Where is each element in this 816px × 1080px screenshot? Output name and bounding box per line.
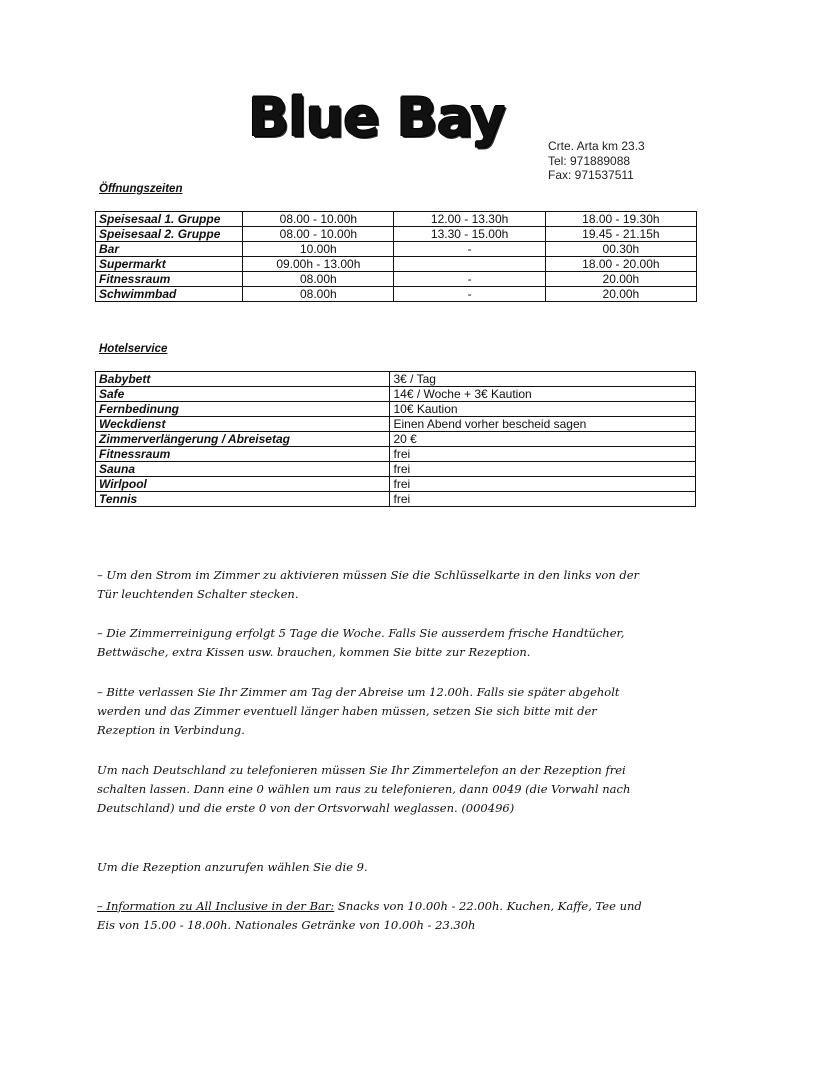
hours-label: Bar (96, 242, 243, 257)
hours-label: Schwimmbad (96, 287, 243, 302)
hours-morning: 08.00h (243, 287, 394, 302)
all-inclusive-heading: – Information zu All Inclusive in der Ba… (97, 899, 334, 913)
hours-midday: 12.00 - 13.30h (394, 212, 545, 227)
contact-fax: Fax: 971537511 (548, 168, 645, 183)
service-row: Safe14€ / Woche + 3€ Kaution (96, 387, 696, 402)
note-phone-germany: Um nach Deutschland zu telefonieren müss… (97, 761, 642, 818)
service-row: WeckdienstEinen Abend vorher bescheid sa… (96, 417, 696, 432)
service-row: Zimmerverlängerung / Abreisetag20 € (96, 432, 696, 447)
service-value: 14€ / Woche + 3€ Kaution (390, 387, 696, 402)
note-checkout: – Bitte verlassen Sie Ihr Zimmer am Tag … (97, 683, 642, 740)
service-row: Saunafrei (96, 462, 696, 477)
note-cleaning: – Die Zimmerreinigung erfolgt 5 Tage die… (97, 624, 642, 662)
hours-evening: 00.30h (545, 242, 696, 257)
opening-hours-title: Öffnungszeiten (99, 183, 182, 195)
service-label: Fernbedinung (96, 402, 390, 417)
service-value: 3€ / Tag (390, 372, 696, 387)
hours-row: Fitnessraum08.00h-20.00h (96, 272, 697, 287)
service-value: frei (390, 462, 696, 477)
hours-midday: - (394, 272, 545, 287)
hours-row: Schwimmbad08.00h-20.00h (96, 287, 697, 302)
contact-block: Crte. Arta km 23.3 Tel: 971889088 Fax: 9… (548, 139, 645, 183)
note-reception-dial: Um die Rezeption anzurufen wählen Sie di… (97, 858, 642, 877)
hours-row: Bar10.00h-00.30h (96, 242, 697, 257)
service-label: Tennis (96, 492, 390, 507)
service-label: Safe (96, 387, 390, 402)
hours-midday: - (394, 242, 545, 257)
service-value: 10€ Kaution (390, 402, 696, 417)
service-value: frei (390, 492, 696, 507)
note-all-inclusive: – Information zu All Inclusive in der Ba… (97, 897, 642, 935)
hotel-service-table: Babybett3€ / TagSafe14€ / Woche + 3€ Kau… (95, 371, 696, 507)
service-value: frei (390, 447, 696, 462)
logo: Blue Bay (248, 86, 505, 149)
service-label: Babybett (96, 372, 390, 387)
hours-morning: 08.00 - 10.00h (243, 227, 394, 242)
opening-hours-table: Speisesaal 1. Gruppe08.00 - 10.00h12.00 … (95, 211, 697, 302)
service-value: frei (390, 477, 696, 492)
hours-morning: 09.00h - 13.00h (243, 257, 394, 272)
hours-morning: 08.00 - 10.00h (243, 212, 394, 227)
hours-evening: 20.00h (545, 287, 696, 302)
contact-address: Crte. Arta km 23.3 (548, 139, 645, 154)
hours-morning: 10.00h (243, 242, 394, 257)
service-value: 20 € (390, 432, 696, 447)
hours-midday (394, 257, 545, 272)
service-row: Tennisfrei (96, 492, 696, 507)
hours-evening: 18.00 - 20.00h (545, 257, 696, 272)
hours-label: Supermarkt (96, 257, 243, 272)
service-row: Fitnessraumfrei (96, 447, 696, 462)
service-value: Einen Abend vorher bescheid sagen (390, 417, 696, 432)
service-label: Sauna (96, 462, 390, 477)
hours-evening: 18.00 - 19.30h (545, 212, 696, 227)
hours-row: Supermarkt09.00h - 13.00h18.00 - 20.00h (96, 257, 697, 272)
hours-morning: 08.00h (243, 272, 394, 287)
service-label: Zimmerverlängerung / Abreisetag (96, 432, 390, 447)
note-power: – Um den Strom im Zimmer zu aktivieren m… (97, 566, 642, 604)
hours-label: Speisesaal 2. Gruppe (96, 227, 243, 242)
hours-label: Speisesaal 1. Gruppe (96, 212, 243, 227)
service-label: Fitnessraum (96, 447, 390, 462)
service-label: Weckdienst (96, 417, 390, 432)
service-label: Wirlpool (96, 477, 390, 492)
hours-label: Fitnessraum (96, 272, 243, 287)
hours-midday: - (394, 287, 545, 302)
hours-row: Speisesaal 2. Gruppe08.00 - 10.00h13.30 … (96, 227, 697, 242)
contact-phone: Tel: 971889088 (548, 154, 645, 169)
service-row: Wirlpoolfrei (96, 477, 696, 492)
hours-evening: 19.45 - 21.15h (545, 227, 696, 242)
service-row: Fernbedinung10€ Kaution (96, 402, 696, 417)
hours-row: Speisesaal 1. Gruppe08.00 - 10.00h12.00 … (96, 212, 697, 227)
hours-midday: 13.30 - 15.00h (394, 227, 545, 242)
hours-evening: 20.00h (545, 272, 696, 287)
service-row: Babybett3€ / Tag (96, 372, 696, 387)
hotel-service-title: Hotelservice (99, 343, 167, 355)
